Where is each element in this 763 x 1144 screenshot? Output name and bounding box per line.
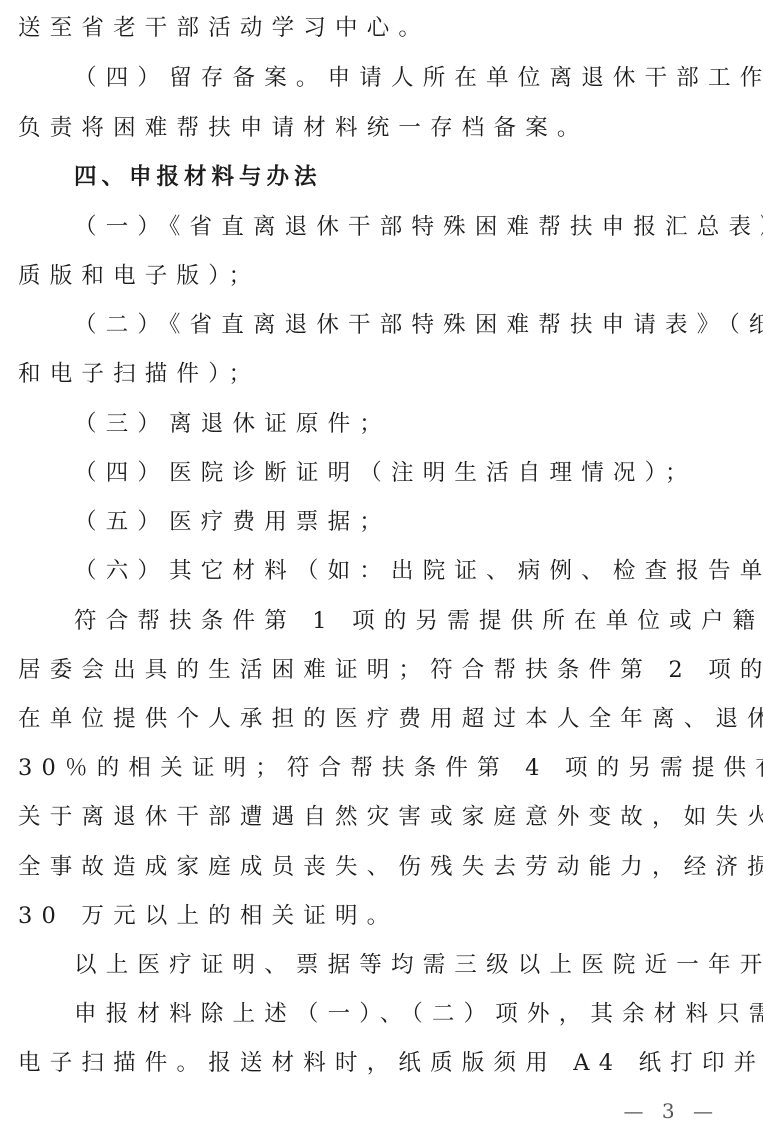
document-page: 送至省老干部活动学习中心。 （四）留存备案。申请人所在单位离退休干部工作部门 负… [0, 0, 763, 1144]
text-line-14: 居委会出具的生活困难证明；符合帮扶条件第 2 项的另需所 [18, 654, 745, 686]
text-line-3: 负责将困难帮扶申请材料统一存档备案。 [18, 112, 745, 144]
text-line-15: 在单位提供个人承担的医疗费用超过本人全年离、退休费 [18, 703, 745, 735]
text-line-12: （六）其它材料（如：出院证、病例、检查报告单等）。 [74, 555, 745, 587]
text-line-2: （四）留存备案。申请人所在单位离退休干部工作部门 [74, 62, 745, 94]
text-line-16: 30％的相关证明；符合帮扶条件第 4 项的另需提供有关部门 [18, 752, 745, 784]
text-line-18: 全事故造成家庭成员丧失、伤残失去劳动能力，经济损失达 [18, 851, 745, 883]
text-line-1: 送至省老干部活动学习中心。 [18, 12, 745, 44]
text-line-6: 质版和电子版）； [18, 260, 745, 292]
text-line-5: （一）《省直离退休干部特殊困难帮扶申报汇总表》（纸 [74, 211, 745, 243]
section-heading: 四、申报材料与办法 [74, 161, 745, 193]
text-line-20: 以上医疗证明、票据等均需三级以上医院近一年开具。 [74, 949, 745, 981]
text-line-19: 30 万元以上的相关证明。 [18, 900, 745, 932]
page-number: — 3 — [624, 1098, 719, 1124]
text-line-21: 申报材料除上述（一）、（二）项外，其余材料只需提供 [74, 998, 745, 1030]
text-line-7: （二）《省直离退休干部特殊困难帮扶申请表》（纸质版 [74, 309, 745, 341]
text-line-22: 电子扫描件。报送材料时，纸质版须用 A4 纸打印并加盖公 [18, 1047, 745, 1079]
text-line-9: （三）离退休证原件； [74, 408, 745, 440]
text-line-11: （五）医疗费用票据； [74, 506, 745, 538]
text-line-10: （四）医院诊断证明（注明生活自理情况）； [74, 457, 745, 489]
text-line-13: 符合帮扶条件第 1 项的另需提供所在单位或户籍所在地 [74, 605, 745, 637]
text-line-8: 和电子扫描件）； [18, 358, 745, 390]
text-line-17: 关于离退休干部遭遇自然灾害或家庭意外变故，如失火、安 [18, 801, 745, 833]
